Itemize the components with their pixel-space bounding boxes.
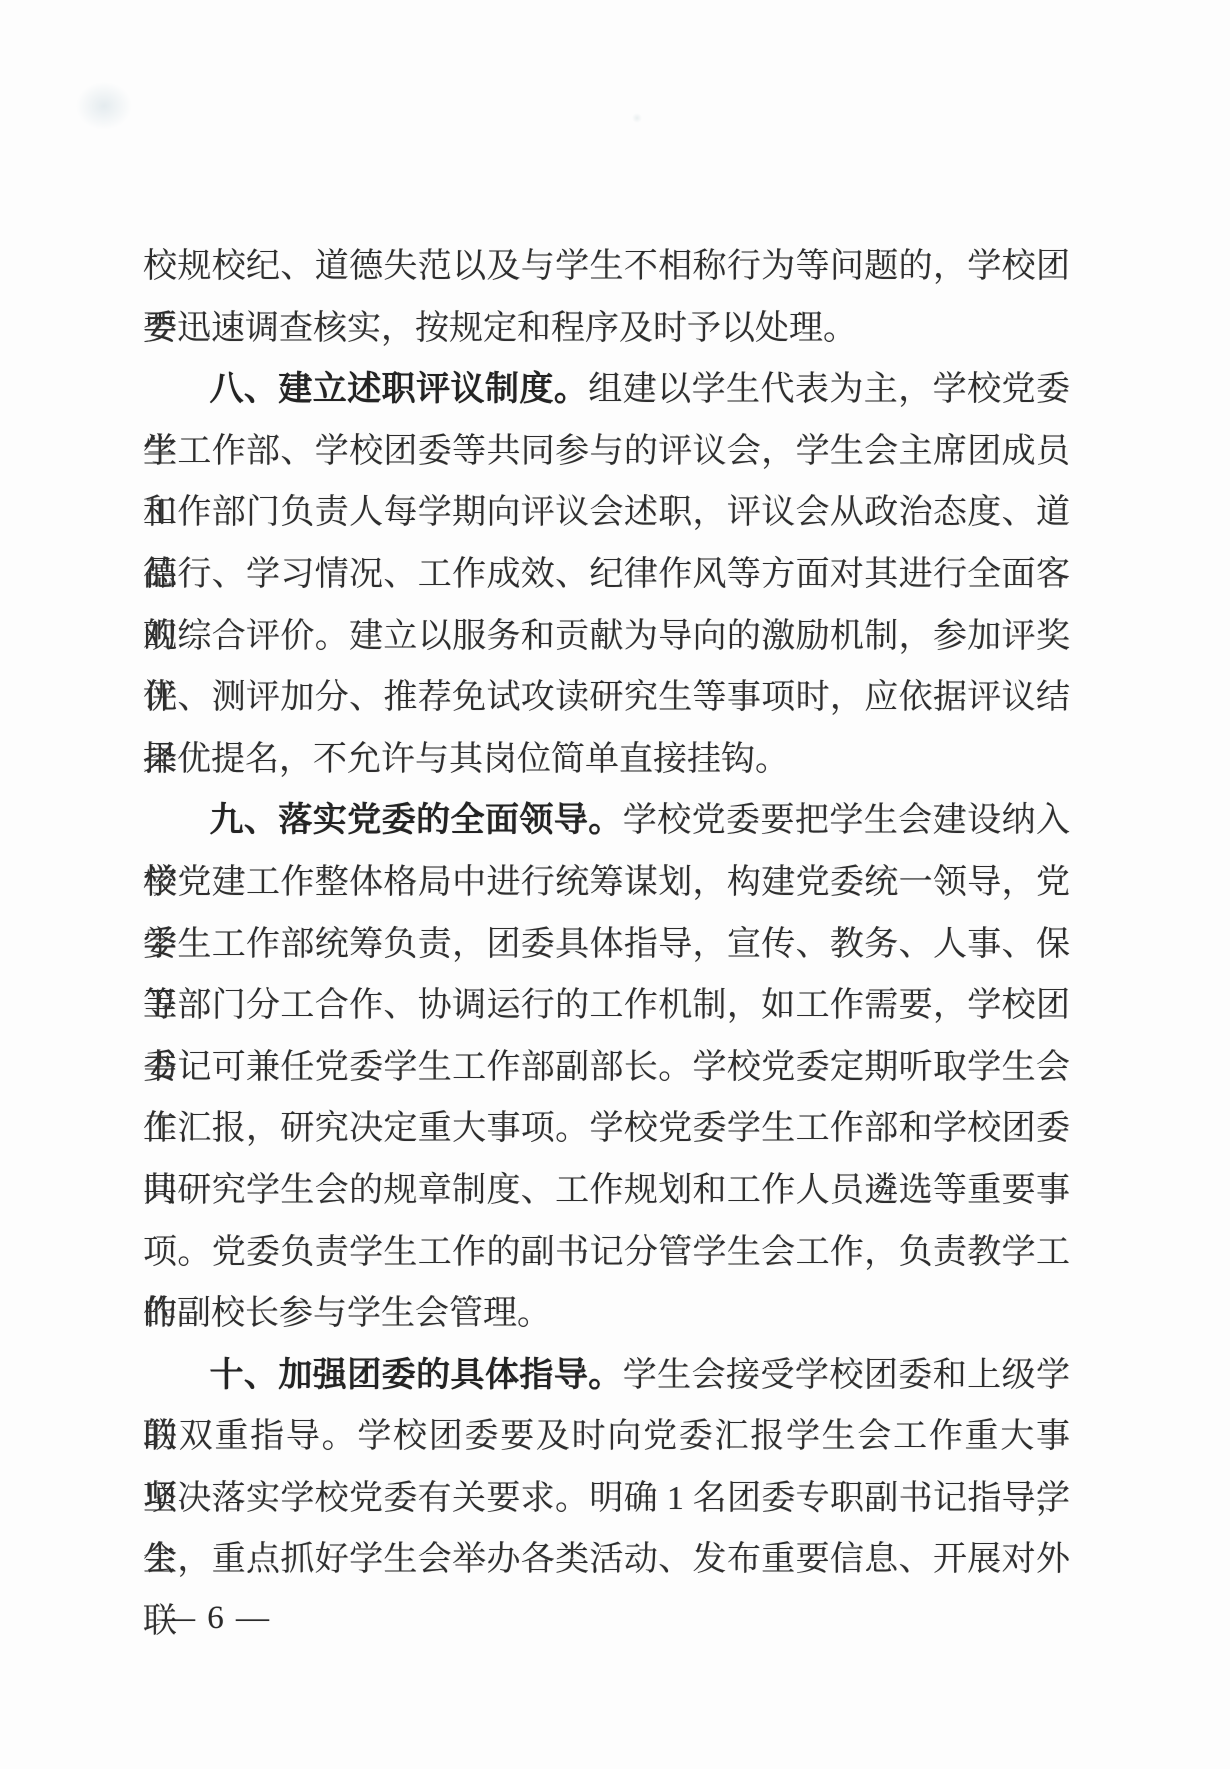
text-line: 项。党委负责学生工作的副书记分管学生会工作，负责教学工作 (143, 1222, 1070, 1284)
text-line: 校规校纪、道德失范以及与学生不相称行为等问题的，学校团委 (143, 236, 1070, 298)
scan-speck (632, 113, 642, 123)
text-line: 校党建工作整体格局中进行统筹谋划，构建党委统一领导，党委 (143, 852, 1070, 914)
section-heading-9: 九、落实党委的全面领导。 (209, 802, 623, 839)
text-line: 坚决落实学校党委有关要求。明确 1 名团委专职副书记指导学生 (143, 1468, 1070, 1530)
text-line: 优、测评加分、推荐免试攻读研究生等事项时，应依据评议结果 (143, 667, 1070, 729)
text-line: 的副校长参与学生会管理。 (143, 1283, 1070, 1345)
text-line: 同研究学生会的规章制度、工作规划和工作人员遴选等重要事 (143, 1160, 1070, 1222)
text-line: 学生工作部统筹负责，团委具体指导，宣传、教务、人事、保卫 (143, 914, 1070, 976)
scan-smudge (76, 82, 132, 130)
text-line: 工作部门负责人每学期向评议会述职，评议会从政治态度、道德 (143, 482, 1070, 544)
text-line: 八、建立述职评议制度。组建以学生代表为主，学校党委学 (143, 359, 1070, 421)
text-line: 十、加强团委的具体指导。学生会接受学校团委和上级学联 (143, 1345, 1070, 1407)
scanned-document-page: 校规校纪、道德失范以及与学生不相称行为等问题的，学校团委 要迅速调查核实，按规定… (0, 0, 1230, 1769)
text-line: 书记可兼任党委学生工作部副部长。学校党委定期听取学生会工 (143, 1037, 1070, 1099)
text-line: 作汇报，研究决定重大事项。学校党委学生工作部和学校团委共 (143, 1098, 1070, 1160)
text-line: 生工作部、学校团委等共同参与的评议会，学生会主席团成员和 (143, 421, 1070, 483)
text-line: 要迅速调查核实，按规定和程序及时予以处理。 (143, 298, 1070, 360)
text-line: 等部门分工合作、协调运行的工作机制，如工作需要，学校团委 (143, 975, 1070, 1037)
text-line: 的双重指导。学校团委要及时向党委汇报学生会工作重大事项， (143, 1406, 1070, 1468)
document-body: 校规校纪、道德失范以及与学生不相称行为等问题的，学校团委 要迅速调查核实，按规定… (143, 236, 1070, 1591)
text-line: 品行、学习情况、工作成效、纪律作风等方面对其进行全面客观 (143, 544, 1070, 606)
section-heading-8: 八、建立述职评议制度。 (209, 371, 588, 408)
text-line: 择优提名，不允许与其岗位简单直接挂钩。 (143, 729, 1070, 791)
text-line: 的综合评价。建立以服务和贡献为导向的激励机制，参加评奖评 (143, 606, 1070, 668)
text-line: 九、落实党委的全面领导。学校党委要把学生会建设纳入学 (143, 790, 1070, 852)
page-number: — 6 — (162, 1596, 271, 1640)
text-line: 会，重点抓好学生会举办各类活动、发布重要信息、开展对外联 (143, 1529, 1070, 1591)
section-heading-10: 十、加强团委的具体指导。 (209, 1357, 623, 1394)
